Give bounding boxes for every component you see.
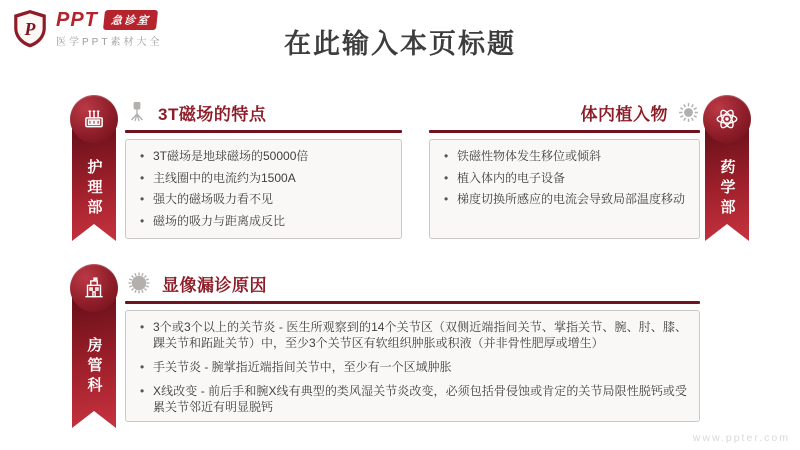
page-title: 在此输入本页标题 <box>0 22 800 61</box>
panel-implants-title: 体内植入物 <box>581 100 669 125</box>
ribbon-nursing: 护理部 <box>70 95 118 241</box>
ribbon-nursing-label: 护理部 <box>84 141 105 219</box>
bullet-item: 植入体内的电子设备 <box>442 168 687 190</box>
divider <box>125 130 402 133</box>
bullet-item: 手关节炎 - 腕掌指近端指间关节中，至少有一个区域肿胀 <box>138 359 687 375</box>
bullet-item: 3T磁场是地球磁场的50000倍 <box>138 146 389 168</box>
atom-icon <box>714 106 740 132</box>
bullet-list: 3T磁场是地球磁场的50000倍主线圈中的电流约为1500A强大的磁场吸力看不见… <box>138 146 389 232</box>
bullet-item: 主线圈中的电流约为1500A <box>138 168 389 190</box>
phage-icon <box>125 100 149 124</box>
panel-magnet-header: 3T磁场的特点 <box>125 97 402 127</box>
bullet-item: 磁场的吸力与距离成反比 <box>138 211 389 233</box>
virus-round-icon <box>125 269 153 297</box>
bullet-list: 铁磁性物体发生移位或倾斜植入体内的电子设备梯度切换所感应的电流会导致局部温度移动 <box>442 146 687 211</box>
panel-magnet-box: 3T磁场是地球磁场的50000倍主线圈中的电流约为1500A强大的磁场吸力看不见… <box>125 139 402 239</box>
divider <box>125 301 700 304</box>
panel-misdiagnosis-box: 3个或3个以上的关节炎 - 医生所观察到的14个关节区（双侧近端指间关节、掌指关… <box>125 310 700 422</box>
panel-misdiagnosis-title: 显像漏诊原因 <box>162 271 267 296</box>
ribbon-pharmacy-badge <box>703 95 751 143</box>
slide: P PPT 急诊室 医学PPT素材大全 在此输入本页标题 护理部 <box>0 0 800 450</box>
ribbon-housing: 房管科 <box>70 264 118 428</box>
watermark-url: www.ppter.com <box>693 432 790 444</box>
test-tube-rack-icon <box>81 106 107 132</box>
panel-magnet: 3T磁场的特点 3T磁场是地球磁场的50000倍主线圈中的电流约为1500A强大… <box>125 97 402 239</box>
panel-magnet-title: 3T磁场的特点 <box>158 100 266 125</box>
bullet-item: 铁磁性物体发生移位或倾斜 <box>442 146 687 168</box>
ribbon-pharmacy-label: 药学部 <box>717 141 738 219</box>
panel-implants: 体内植入物 <box>429 97 700 239</box>
ribbon-housing-badge <box>70 264 118 312</box>
panel-implants-header: 体内植入物 <box>429 97 700 127</box>
bullet-list: 3个或3个以上的关节炎 - 医生所观察到的14个关节区（双侧近端指间关节、掌指关… <box>138 319 687 415</box>
hospital-building-icon <box>81 275 107 301</box>
bullet-item: 梯度切换所感应的电流会导致局部温度移动 <box>442 189 687 211</box>
panel-implants-box: 铁磁性物体发生移位或倾斜植入体内的电子设备梯度切换所感应的电流会导致局部温度移动 <box>429 139 700 239</box>
ribbon-nursing-badge <box>70 95 118 143</box>
bullet-item: 强大的磁场吸力看不见 <box>138 189 389 211</box>
bullet-item: X线改变 - 前后手和腕X线有典型的类风湿关节炎改变，必须包括骨侵蚀或肯定的关节… <box>138 383 687 415</box>
bullet-item: 3个或3个以上的关节炎 - 医生所观察到的14个关节区（双侧近端指间关节、掌指关… <box>138 319 687 351</box>
virus-sun-icon <box>677 101 700 124</box>
divider <box>429 130 700 133</box>
ribbon-housing-label: 房管科 <box>84 319 105 397</box>
panel-misdiagnosis-header: 显像漏诊原因 <box>125 268 700 298</box>
panel-misdiagnosis: 显像漏诊原因 3个或3个以上的关节炎 - 医生所观察到的14个关节区（双侧近端指… <box>125 268 700 422</box>
ribbon-pharmacy: 药学部 <box>703 95 751 241</box>
